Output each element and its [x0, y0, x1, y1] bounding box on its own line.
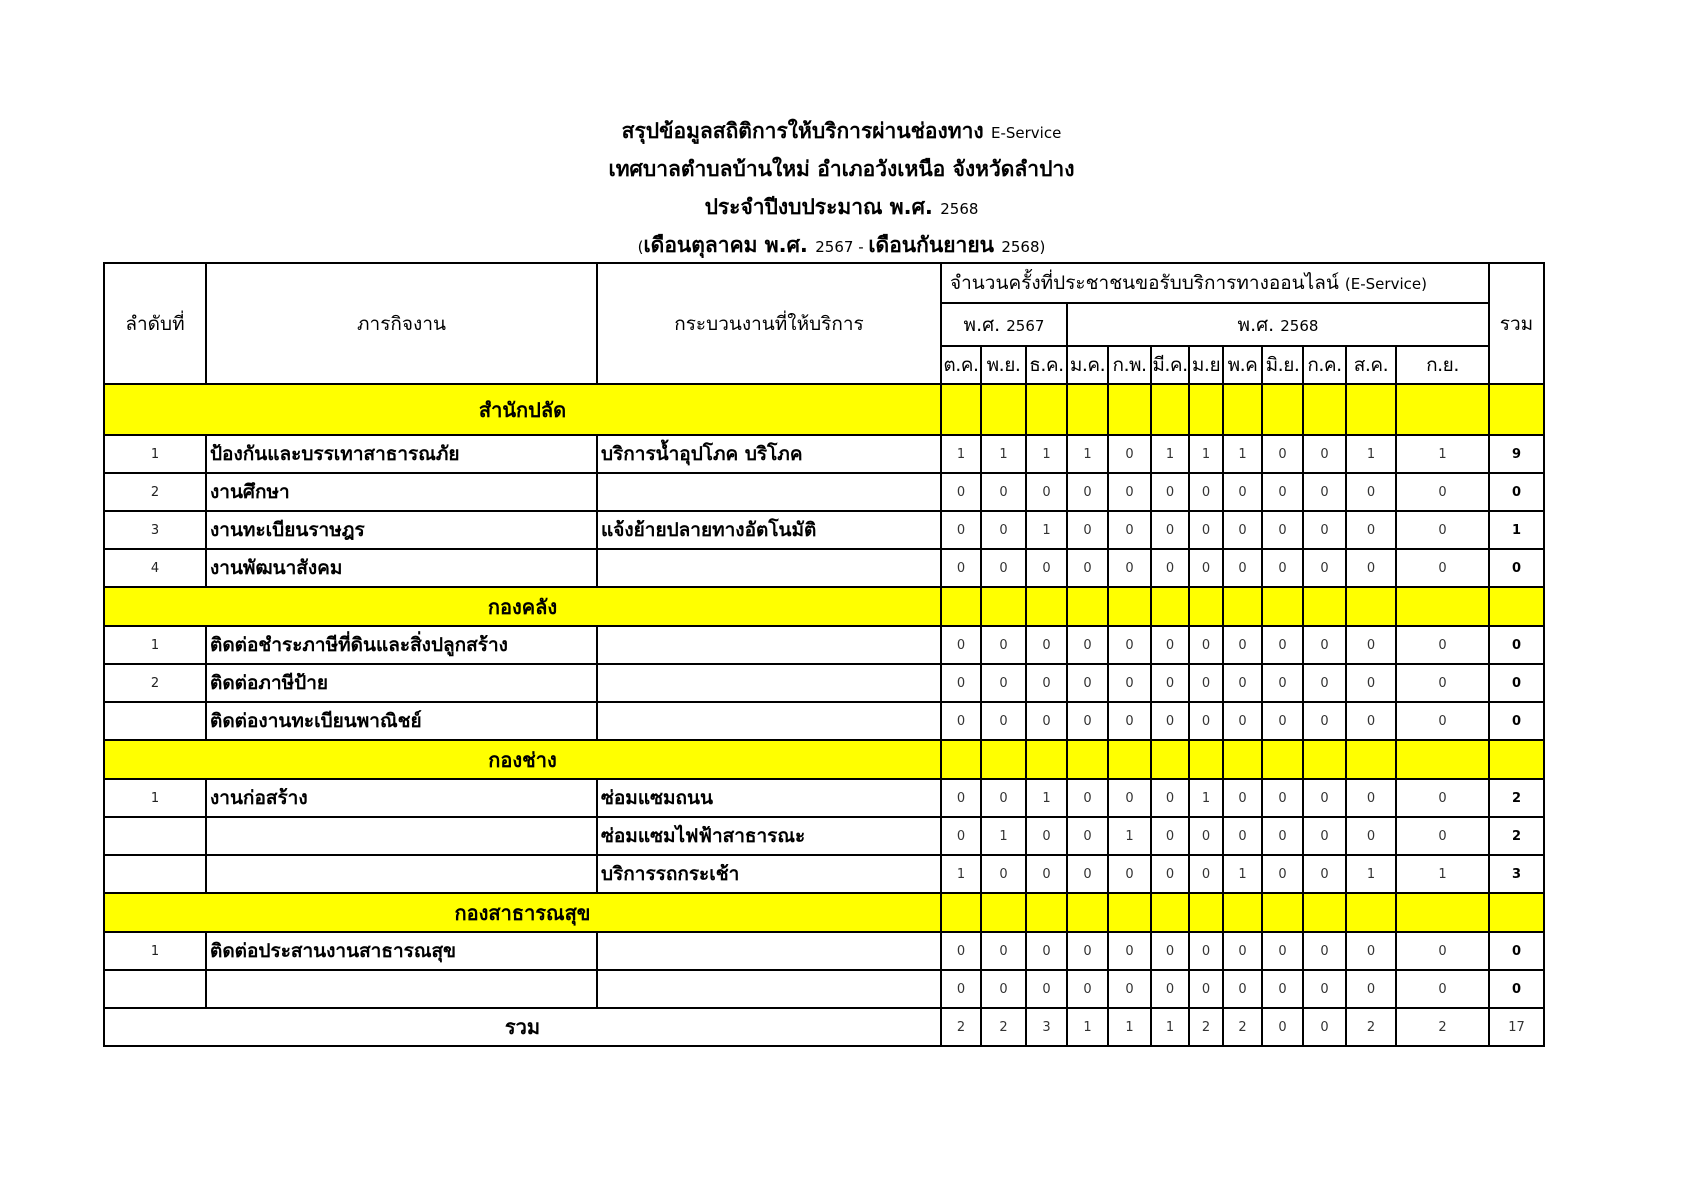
- section-empty-cell: [1346, 893, 1396, 932]
- row-month-value: 0: [981, 970, 1026, 1008]
- table-row: 2งานศึกษา0000000000000: [104, 473, 1544, 511]
- row-process: [597, 932, 941, 970]
- row-month-value: 0: [1303, 932, 1346, 970]
- row-month-value: 0: [1189, 702, 1223, 740]
- row-month-value: 0: [1346, 664, 1396, 702]
- row-month-value: 0: [1223, 473, 1262, 511]
- row-mission: [206, 970, 597, 1008]
- row-month-value: 0: [1303, 473, 1346, 511]
- section-empty-cell: [1346, 384, 1396, 435]
- row-month-value: 0: [1108, 779, 1151, 817]
- row-month-value: 0: [981, 549, 1026, 587]
- row-month-value: 0: [1262, 664, 1303, 702]
- row-month-value: 0: [1346, 779, 1396, 817]
- table-row: 1งานก่อสร้างซ่อมแซมถนน0010001000002: [104, 779, 1544, 817]
- header-total: รวม: [1489, 263, 1544, 384]
- section-empty-cell: [1346, 587, 1396, 626]
- row-month-value: 0: [1262, 779, 1303, 817]
- section-name: กองช่าง: [104, 740, 941, 779]
- row-month-value: 0: [1108, 511, 1151, 549]
- row-month-value: 0: [1151, 932, 1189, 970]
- row-month-value: 0: [1396, 549, 1489, 587]
- section-empty-cell: [1223, 587, 1262, 626]
- section-empty-cell: [1303, 384, 1346, 435]
- row-process: แจ้งย้ายปลายทางอัตโนมัติ: [597, 511, 941, 549]
- section-empty-cell: [941, 893, 981, 932]
- row-month-value: 0: [1026, 626, 1067, 664]
- row-month-value: 0: [1026, 549, 1067, 587]
- section-empty-cell: [1303, 893, 1346, 932]
- row-month-value: 0: [1223, 626, 1262, 664]
- section-empty-cell: [1026, 384, 1067, 435]
- section-empty-cell: [1223, 740, 1262, 779]
- row-month-value: 0: [981, 664, 1026, 702]
- row-month-value: 0: [1189, 855, 1223, 893]
- row-month-value: 0: [1189, 817, 1223, 855]
- row-month-value: 0: [1189, 626, 1223, 664]
- section-empty-cell: [1489, 384, 1544, 435]
- section-empty-cell: [1189, 740, 1223, 779]
- row-month-value: 0: [1262, 435, 1303, 473]
- row-month-value: 0: [1067, 779, 1108, 817]
- summary-month-value: 1: [1108, 1008, 1151, 1046]
- section-empty-cell: [1026, 740, 1067, 779]
- section-empty-cell: [1223, 893, 1262, 932]
- row-seq: 1: [104, 779, 206, 817]
- summary-month-value: 2: [1223, 1008, 1262, 1046]
- row-month-value: 0: [1396, 626, 1489, 664]
- row-month-value: 0: [1151, 511, 1189, 549]
- header-seq: ลำดับที่: [104, 263, 206, 384]
- section-empty-cell: [1262, 740, 1303, 779]
- row-month-value: 0: [1189, 932, 1223, 970]
- row-month-value: 0: [1396, 664, 1489, 702]
- row-month-value: 0: [1223, 932, 1262, 970]
- row-month-value: 1: [941, 435, 981, 473]
- row-month-value: 0: [1223, 549, 1262, 587]
- row-month-value: 0: [1346, 702, 1396, 740]
- document-title-block: สรุปข้อมูลสถิติการให้บริการผ่านช่องทาง E…: [0, 112, 1683, 264]
- row-total: 2: [1489, 779, 1544, 817]
- summary-month-value: 1: [1067, 1008, 1108, 1046]
- header-mission: ภารกิจงาน: [206, 263, 597, 384]
- row-month-value: 0: [941, 932, 981, 970]
- row-month-value: 1: [1026, 511, 1067, 549]
- row-month-value: 0: [941, 664, 981, 702]
- table-row: 4งานพัฒนาสังคม0000000000000: [104, 549, 1544, 587]
- row-mission: งานก่อสร้าง: [206, 779, 597, 817]
- row-month-value: 0: [1026, 932, 1067, 970]
- row-month-value: 1: [1346, 855, 1396, 893]
- section-empty-cell: [1108, 740, 1151, 779]
- row-total: 1: [1489, 511, 1544, 549]
- row-total: 2: [1489, 817, 1544, 855]
- row-month-value: 0: [1108, 855, 1151, 893]
- row-month-value: 1: [1026, 435, 1067, 473]
- summary-month-value: 3: [1026, 1008, 1067, 1046]
- row-total: 0: [1489, 970, 1544, 1008]
- row-month-value: 0: [1396, 779, 1489, 817]
- row-month-value: 0: [1189, 549, 1223, 587]
- table-row: ซ่อมแซมไฟฟ้าสาธารณะ0100100000002: [104, 817, 1544, 855]
- row-month-value: 0: [1151, 473, 1189, 511]
- section-empty-cell: [981, 740, 1026, 779]
- row-month-value: 0: [1026, 970, 1067, 1008]
- row-month-value: 0: [1262, 511, 1303, 549]
- row-month-value: 0: [1346, 932, 1396, 970]
- row-month-value: 0: [1151, 779, 1189, 817]
- row-month-value: 0: [1026, 664, 1067, 702]
- row-month-value: 0: [1396, 473, 1489, 511]
- row-month-value: 0: [1303, 549, 1346, 587]
- section-empty-cell: [981, 587, 1026, 626]
- section-empty-cell: [1262, 384, 1303, 435]
- row-month-value: 0: [1151, 817, 1189, 855]
- row-month-value: 0: [1151, 970, 1189, 1008]
- summary-row: รวม22311122002217: [104, 1008, 1544, 1046]
- row-mission: งานพัฒนาสังคม: [206, 549, 597, 587]
- row-month-value: 0: [1303, 855, 1346, 893]
- row-month-value: 1: [1108, 817, 1151, 855]
- row-month-value: 0: [941, 817, 981, 855]
- row-seq: 2: [104, 664, 206, 702]
- row-month-value: 0: [941, 779, 981, 817]
- row-mission: ป้องกันและบรรเทาสาธารณภัย: [206, 435, 597, 473]
- header-month: ก.ย.: [1396, 346, 1489, 384]
- row-month-value: 0: [1303, 664, 1346, 702]
- row-seq: 1: [104, 932, 206, 970]
- row-month-value: 0: [1067, 702, 1108, 740]
- section-empty-cell: [1108, 587, 1151, 626]
- row-seq: 3: [104, 511, 206, 549]
- row-month-value: 0: [1262, 932, 1303, 970]
- section-empty-cell: [1489, 893, 1544, 932]
- table-body: สำนักปลัด1ป้องกันและบรรเทาสาธารณภัยบริกา…: [104, 384, 1544, 1046]
- section-empty-cell: [1067, 893, 1108, 932]
- row-month-value: 0: [1396, 702, 1489, 740]
- row-month-value: 0: [1396, 932, 1489, 970]
- section-row: กองสาธารณสุข: [104, 893, 1544, 932]
- row-month-value: 0: [1067, 817, 1108, 855]
- row-month-value: 1: [1223, 435, 1262, 473]
- row-month-value: 0: [1067, 932, 1108, 970]
- row-month-value: 0: [1346, 817, 1396, 855]
- section-empty-cell: [981, 384, 1026, 435]
- row-month-value: 0: [941, 473, 981, 511]
- header-eservice-count: จำนวนครั้งที่ประชาชนขอรับบริการทางออนไลน…: [941, 263, 1489, 303]
- row-total: 0: [1489, 932, 1544, 970]
- section-empty-cell: [1151, 740, 1189, 779]
- row-month-value: 0: [1189, 664, 1223, 702]
- section-name: สำนักปลัด: [104, 384, 941, 435]
- row-month-value: 0: [1067, 970, 1108, 1008]
- row-month-value: 0: [981, 855, 1026, 893]
- row-process: [597, 702, 941, 740]
- title-line-2: เทศบาลตำบลบ้านใหม่ อำเภอวังเหนือ จังหวัด…: [0, 150, 1683, 188]
- section-empty-cell: [941, 740, 981, 779]
- section-empty-cell: [1223, 384, 1262, 435]
- row-month-value: 0: [1396, 817, 1489, 855]
- row-total: 0: [1489, 549, 1544, 587]
- row-month-value: 0: [1223, 664, 1262, 702]
- row-month-value: 1: [1189, 779, 1223, 817]
- row-month-value: 0: [981, 702, 1026, 740]
- row-mission: [206, 855, 597, 893]
- row-month-value: 0: [941, 970, 981, 1008]
- row-total: 9: [1489, 435, 1544, 473]
- row-month-value: 0: [1223, 817, 1262, 855]
- section-empty-cell: [1108, 384, 1151, 435]
- section-empty-cell: [1396, 587, 1489, 626]
- row-mission: [206, 817, 597, 855]
- row-month-value: 0: [1151, 626, 1189, 664]
- row-month-value: 0: [1067, 549, 1108, 587]
- row-month-value: 0: [1189, 473, 1223, 511]
- row-process: ซ่อมแซมไฟฟ้าสาธารณะ: [597, 817, 941, 855]
- section-empty-cell: [1262, 587, 1303, 626]
- row-month-value: 0: [1223, 511, 1262, 549]
- row-mission: ติดต่องานทะเบียนพาณิชย์: [206, 702, 597, 740]
- table-row: 0000000000000: [104, 970, 1544, 1008]
- row-seq: 4: [104, 549, 206, 587]
- summary-month-value: 2: [981, 1008, 1026, 1046]
- section-empty-cell: [1151, 893, 1189, 932]
- section-empty-cell: [1303, 740, 1346, 779]
- section-empty-cell: [941, 384, 981, 435]
- row-month-value: 0: [1346, 970, 1396, 1008]
- section-empty-cell: [1108, 893, 1151, 932]
- table-row: 1ป้องกันและบรรเทาสาธารณภัยบริการน้ำอุปโภ…: [104, 435, 1544, 473]
- summary-month-value: 2: [941, 1008, 981, 1046]
- header-month: ก.พ.: [1108, 346, 1151, 384]
- section-name: กองสาธารณสุข: [104, 893, 941, 932]
- row-month-value: 0: [1262, 626, 1303, 664]
- row-month-value: 0: [1303, 626, 1346, 664]
- row-month-value: 0: [1346, 626, 1396, 664]
- row-total: 0: [1489, 626, 1544, 664]
- row-mission: ติดต่อชำระภาษีที่ดินและสิ่งปลูกสร้าง: [206, 626, 597, 664]
- row-month-value: 1: [1026, 779, 1067, 817]
- header-year-2567: พ.ศ. 2567: [941, 303, 1067, 346]
- row-month-value: 0: [981, 511, 1026, 549]
- row-process: บริการรถกระเช้า: [597, 855, 941, 893]
- row-mission: งานศึกษา: [206, 473, 597, 511]
- row-month-value: 0: [1151, 664, 1189, 702]
- row-month-value: 0: [1396, 970, 1489, 1008]
- row-month-value: 0: [1262, 473, 1303, 511]
- row-month-value: 0: [1108, 970, 1151, 1008]
- section-empty-cell: [1151, 587, 1189, 626]
- row-month-value: 0: [1108, 626, 1151, 664]
- row-month-value: 0: [1108, 702, 1151, 740]
- row-month-value: 0: [1262, 549, 1303, 587]
- row-month-value: 0: [1067, 855, 1108, 893]
- row-month-value: 1: [1396, 435, 1489, 473]
- summary-grand-total: 17: [1489, 1008, 1544, 1046]
- row-month-value: 0: [1303, 435, 1346, 473]
- section-empty-cell: [1396, 384, 1489, 435]
- row-seq: [104, 702, 206, 740]
- row-seq: 2: [104, 473, 206, 511]
- row-month-value: 0: [1303, 817, 1346, 855]
- section-empty-cell: [981, 893, 1026, 932]
- row-month-value: 0: [1223, 702, 1262, 740]
- table-row: 2ติดต่อภาษีป้าย0000000000000: [104, 664, 1544, 702]
- table-header: ลำดับที่ ภารกิจงาน กระบวนงานที่ให้บริการ…: [104, 263, 1544, 384]
- row-month-value: 0: [941, 702, 981, 740]
- row-process: [597, 970, 941, 1008]
- row-seq: 1: [104, 435, 206, 473]
- row-process: บริการน้ำอุปโภค บริโภค: [597, 435, 941, 473]
- header-month: ส.ค.: [1346, 346, 1396, 384]
- row-total: 0: [1489, 473, 1544, 511]
- row-seq: [104, 970, 206, 1008]
- row-mission: ติดต่อประสานงานสาธารณสุข: [206, 932, 597, 970]
- row-mission: ติดต่อภาษีป้าย: [206, 664, 597, 702]
- row-month-value: 0: [1346, 549, 1396, 587]
- row-month-value: 1: [981, 435, 1026, 473]
- row-total: 3: [1489, 855, 1544, 893]
- row-month-value: 0: [1396, 511, 1489, 549]
- row-process: [597, 626, 941, 664]
- row-month-value: 0: [1067, 664, 1108, 702]
- row-month-value: 0: [1108, 932, 1151, 970]
- row-month-value: 0: [1151, 702, 1189, 740]
- header-month: ม.ค.: [1067, 346, 1108, 384]
- row-month-value: 0: [981, 626, 1026, 664]
- header-month: พ.ย.: [981, 346, 1026, 384]
- row-month-value: 0: [1108, 435, 1151, 473]
- row-month-value: 0: [1262, 702, 1303, 740]
- row-month-value: 1: [1151, 435, 1189, 473]
- summary-month-value: 0: [1303, 1008, 1346, 1046]
- title-line-3: ประจำปีงบประมาณ พ.ศ. 2568: [0, 188, 1683, 226]
- row-process: ซ่อมแซมถนน: [597, 779, 941, 817]
- section-empty-cell: [1026, 893, 1067, 932]
- header-year-2568: พ.ศ. 2568: [1067, 303, 1489, 346]
- section-empty-cell: [1189, 587, 1223, 626]
- row-seq: [104, 817, 206, 855]
- row-month-value: 0: [1026, 702, 1067, 740]
- summary-month-value: 1: [1151, 1008, 1189, 1046]
- row-month-value: 0: [1303, 970, 1346, 1008]
- table-row: 3งานทะเบียนราษฎรแจ้งย้ายปลายทางอัตโนมัติ…: [104, 511, 1544, 549]
- row-total: 0: [1489, 664, 1544, 702]
- row-month-value: 0: [1189, 511, 1223, 549]
- section-empty-cell: [1303, 587, 1346, 626]
- row-month-value: 0: [1151, 549, 1189, 587]
- header-month: ม.ย: [1189, 346, 1223, 384]
- header-month: ต.ค.: [941, 346, 981, 384]
- row-total: 0: [1489, 702, 1544, 740]
- section-empty-cell: [1489, 740, 1544, 779]
- row-month-value: 1: [1067, 435, 1108, 473]
- section-row: กองคลัง: [104, 587, 1544, 626]
- section-empty-cell: [1067, 740, 1108, 779]
- row-month-value: 0: [1223, 779, 1262, 817]
- row-seq: 1: [104, 626, 206, 664]
- row-month-value: 1: [1223, 855, 1262, 893]
- row-month-value: 0: [1026, 817, 1067, 855]
- header-month: ธ.ค.: [1026, 346, 1067, 384]
- row-month-value: 0: [941, 626, 981, 664]
- section-empty-cell: [1346, 740, 1396, 779]
- row-month-value: 0: [1303, 702, 1346, 740]
- row-mission: งานทะเบียนราษฎร: [206, 511, 597, 549]
- row-month-value: 0: [1303, 779, 1346, 817]
- statistics-table: ลำดับที่ ภารกิจงาน กระบวนงานที่ให้บริการ…: [103, 262, 1545, 1047]
- row-month-value: 0: [1108, 664, 1151, 702]
- row-month-value: 1: [1346, 435, 1396, 473]
- row-month-value: 0: [1108, 549, 1151, 587]
- summary-month-value: 2: [1346, 1008, 1396, 1046]
- row-process: [597, 473, 941, 511]
- header-month: ก.ค.: [1303, 346, 1346, 384]
- section-empty-cell: [1262, 893, 1303, 932]
- section-empty-cell: [1489, 587, 1544, 626]
- summary-label: รวม: [104, 1008, 941, 1046]
- row-month-value: 1: [941, 855, 981, 893]
- section-empty-cell: [1151, 384, 1189, 435]
- section-empty-cell: [1189, 893, 1223, 932]
- row-month-value: 0: [1067, 511, 1108, 549]
- row-month-value: 0: [1189, 970, 1223, 1008]
- row-month-value: 1: [1396, 855, 1489, 893]
- title-period: (เดือนตุลาคม พ.ศ. 2567 - เดือนกันยายน 25…: [0, 226, 1683, 264]
- row-month-value: 0: [1067, 626, 1108, 664]
- section-empty-cell: [1396, 740, 1489, 779]
- row-month-value: 0: [941, 511, 981, 549]
- row-month-value: 0: [1303, 511, 1346, 549]
- title-line-1: สรุปข้อมูลสถิติการให้บริการผ่านช่องทาง E…: [0, 112, 1683, 150]
- summary-month-value: 2: [1189, 1008, 1223, 1046]
- row-month-value: 0: [981, 779, 1026, 817]
- summary-month-value: 2: [1396, 1008, 1489, 1046]
- table-row: บริการรถกระเช้า1000000100113: [104, 855, 1544, 893]
- row-month-value: 0: [941, 549, 981, 587]
- row-month-value: 0: [981, 932, 1026, 970]
- row-seq: [104, 855, 206, 893]
- row-month-value: 0: [1262, 817, 1303, 855]
- row-month-value: 1: [981, 817, 1026, 855]
- row-month-value: 0: [1223, 970, 1262, 1008]
- section-empty-cell: [1189, 384, 1223, 435]
- header-month: มิ.ย.: [1262, 346, 1303, 384]
- row-month-value: 0: [1026, 473, 1067, 511]
- row-process: [597, 664, 941, 702]
- section-empty-cell: [1396, 893, 1489, 932]
- summary-month-value: 0: [1262, 1008, 1303, 1046]
- header-month: พ.ค: [1223, 346, 1262, 384]
- row-month-value: 0: [1346, 511, 1396, 549]
- section-row: สำนักปลัด: [104, 384, 1544, 435]
- row-month-value: 0: [981, 473, 1026, 511]
- section-empty-cell: [1026, 587, 1067, 626]
- header-process: กระบวนงานที่ให้บริการ: [597, 263, 941, 384]
- row-month-value: 1: [1189, 435, 1223, 473]
- row-month-value: 0: [1346, 473, 1396, 511]
- section-name: กองคลัง: [104, 587, 941, 626]
- row-month-value: 0: [1151, 855, 1189, 893]
- table-row: 1ติดต่อประสานงานสาธารณสุข0000000000000: [104, 932, 1544, 970]
- header-month: มี.ค.: [1151, 346, 1189, 384]
- section-empty-cell: [1067, 384, 1108, 435]
- row-month-value: 0: [1262, 855, 1303, 893]
- section-row: กองช่าง: [104, 740, 1544, 779]
- section-empty-cell: [941, 587, 981, 626]
- section-empty-cell: [1067, 587, 1108, 626]
- row-month-value: 0: [1067, 473, 1108, 511]
